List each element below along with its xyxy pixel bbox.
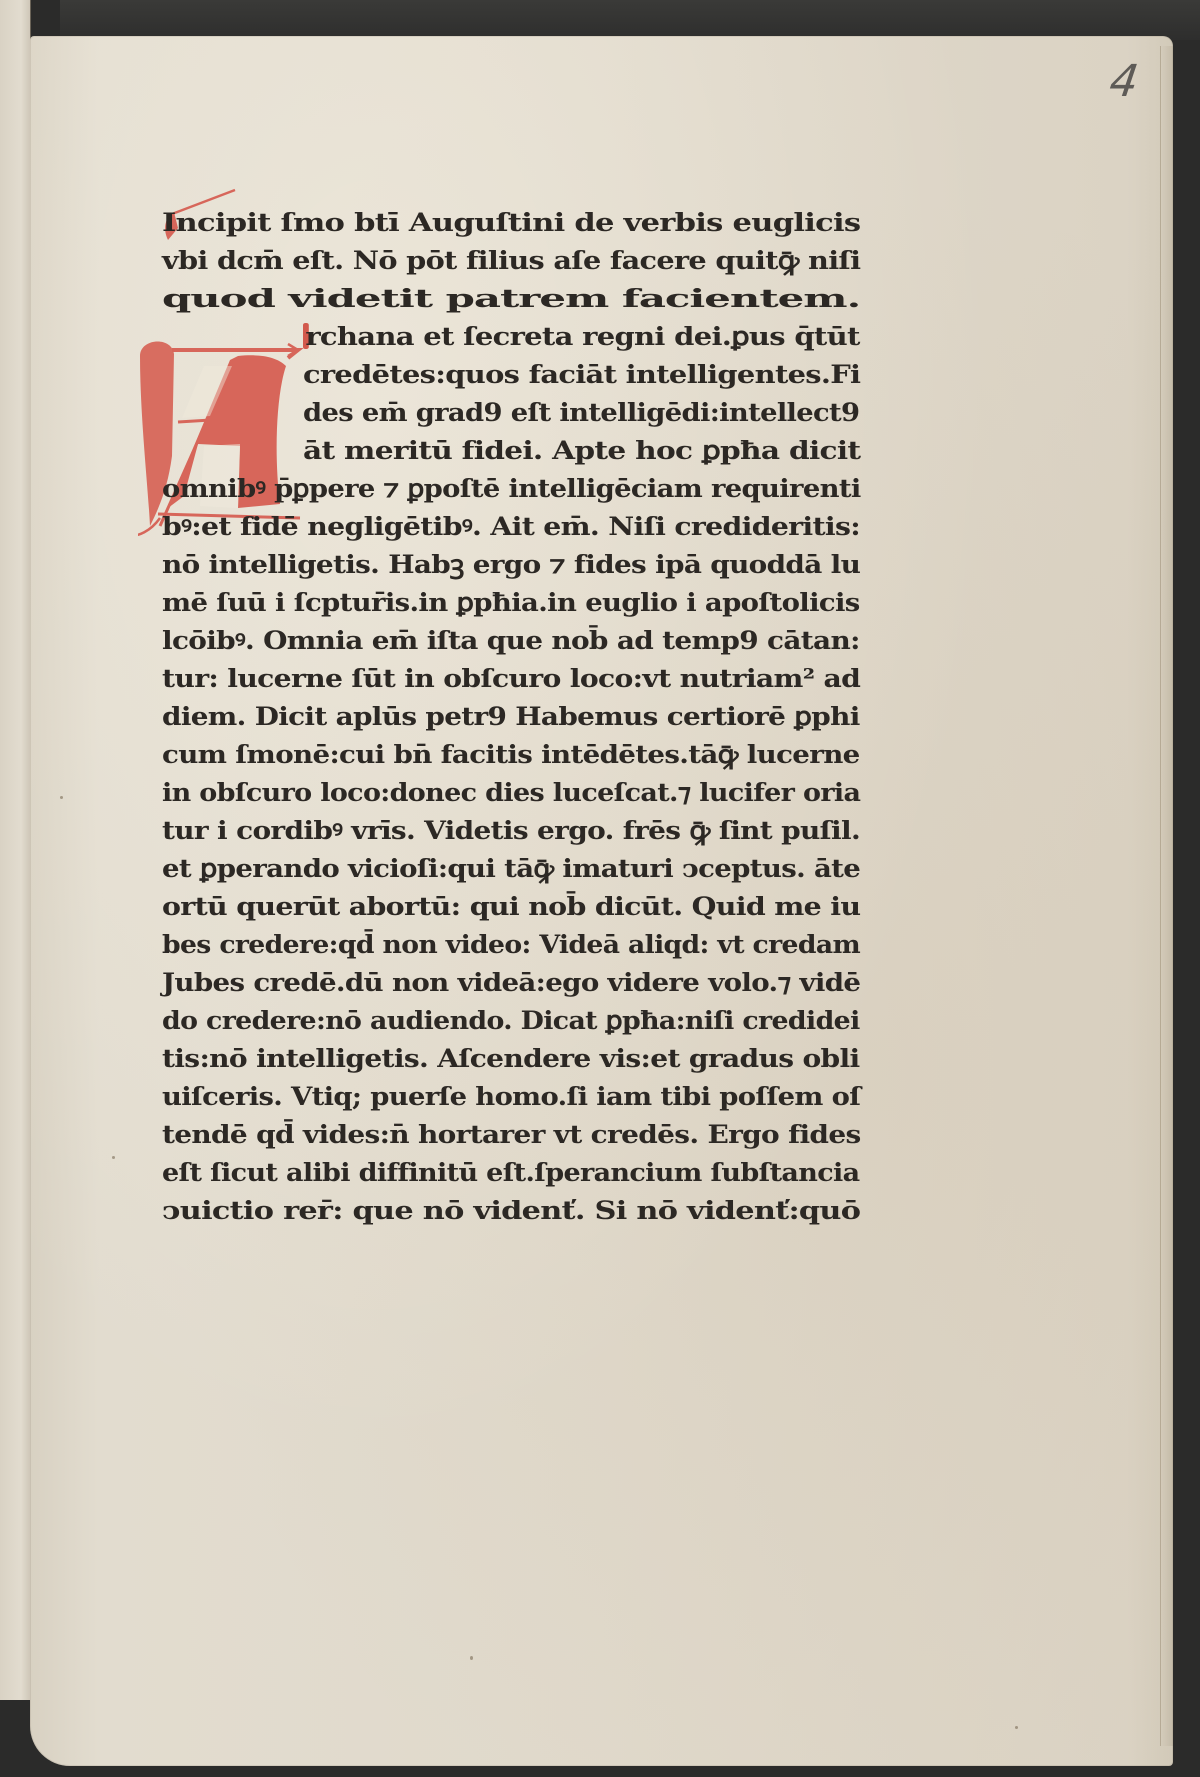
scan-background-top — [60, 0, 1200, 40]
text-line: bes credere:qd̄ non video: Videā aliqd: … — [162, 926, 860, 963]
text-line: cum ſmonē:cui bn̄ facitis intēdētes.tāꝙ̄… — [162, 736, 860, 773]
text-line: āt meritū fidei. Apte hoc ꝑpħa dicit — [303, 432, 860, 469]
text-line: in obſcuro loco:donec dies luceſcat.⁊ lu… — [162, 774, 860, 811]
text-line: et ꝑperando vicioſi:qui tāꝙ̄ imaturi ↄce… — [162, 850, 860, 887]
text-line: do credere:nō audiendo. Dicat ꝑpħa:niſi … — [162, 1002, 860, 1039]
text-line: Jubes credē.dū non videā:ego videre volo… — [162, 964, 860, 1001]
text-line: lcōibꝰ. Omnia em̄ iſta que nob̄ ad temp9… — [162, 622, 860, 659]
text-line: credētes:quos faciāt intelligentes.Fi — [303, 356, 860, 393]
text-line: des em̄ grad9 eſt intelligēdi:intellect9 — [303, 394, 859, 431]
text-line: tendē qd̄ vides:n̄ hortarer vt credēs. E… — [162, 1116, 861, 1153]
page-right-edge — [1160, 46, 1173, 1746]
text-line: tur: lucerne ſūt in obſcuro loco:vt nutr… — [162, 660, 860, 697]
paper-speck — [1015, 1726, 1018, 1729]
text-line: tis:nō intelligetis. Aſcendere vis:et gr… — [162, 1040, 860, 1077]
text-line: diem. Dicit aplūs petr9 Habemus certiorē… — [162, 698, 860, 735]
previous-leaf-edge — [0, 0, 31, 1700]
text-line: nō intelligetis. Habꝫ ergo ⁊ fides ipā q… — [162, 546, 860, 583]
paper-speck — [112, 1156, 115, 1159]
text-line: ortū querūt abortū: qui nob̄ dicūt. Quid… — [162, 888, 860, 925]
text-line: Incipit ſmo btī Auguſtini de verbis eugl… — [162, 204, 860, 241]
text-line: mē ſuū i ſcptur̄is.in ꝑpħia.in euglio i … — [162, 584, 860, 621]
paper-speck — [60, 796, 63, 799]
text-line: rchana et ſecreta regni dei.ꝑus q̄tūt — [303, 318, 860, 355]
folio-number: 4 — [1106, 56, 1141, 107]
text-line: tur i cordibꝰ vrīs. Videtis ergo. frēs ꝙ… — [162, 812, 860, 849]
text-line: eſt ſicut alibi diffinitū eſt.ſperancium… — [162, 1154, 860, 1191]
text-line: bꝰ:et fidē negligētibꝰ. Ait em̄. Niſi cr… — [162, 508, 860, 545]
paper-speck — [470, 1656, 473, 1660]
text-line: uiſceris. Vtiq; puerſe homo.ſi iam tibi … — [162, 1078, 860, 1115]
text-line: quod videtit patrem facientem. — [162, 280, 860, 317]
text-line: vbi dcm̄ eſt. Nō pōt filius aſe facere q… — [162, 242, 860, 279]
text-line: omnibꝰ p̄ꝑpere ⁊ ꝑpoſtē intelligēciam re… — [162, 470, 861, 507]
text-line: ↄuictio rer̄: que nō videnť. Si nō viden… — [162, 1192, 860, 1229]
